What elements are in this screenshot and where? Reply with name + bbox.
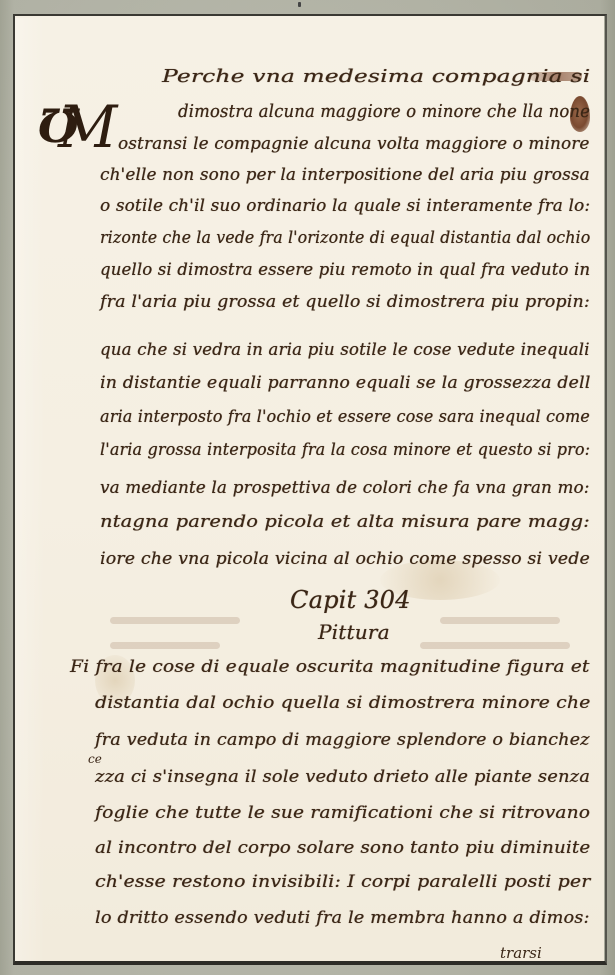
- text-line: foglie che tutte le sue ramificationi ch…: [95, 803, 590, 823]
- text-line: al incontro del corpo solare sono tanto …: [95, 838, 590, 858]
- text-line: Fi fra le cose di equale oscurita magnit…: [70, 657, 590, 677]
- text-line: rizonte che la vede fra l'orizonte di eq…: [100, 228, 590, 248]
- text-line: ch'elle non sono per la interpositione d…: [100, 165, 590, 185]
- superscript-correction: ce: [88, 752, 102, 766]
- text-line: fra veduta in campo di maggiore splendor…: [95, 730, 590, 750]
- text-line: va mediante la prospettiva de colori che…: [100, 478, 590, 498]
- ink-bleed-through: [110, 642, 220, 649]
- chapter-heading: Capit 304: [290, 586, 411, 614]
- binding-mark: [298, 2, 301, 7]
- ink-bleed-through: [420, 642, 570, 649]
- text-line: ntagna parendo picola et alta misura par…: [100, 512, 590, 532]
- text-line: qua che si vedra in aria piu sotile le c…: [100, 340, 590, 360]
- title-line: dimostra alcuna maggiore o minore che ll…: [178, 101, 590, 122]
- text-line: fra l'aria piu grossa et quello si dimos…: [100, 292, 590, 312]
- text-line: iore che vna picola vicina al ochio come…: [100, 549, 590, 569]
- text-line: lo dritto essendo veduti fra le membra h…: [95, 908, 590, 928]
- ink-bleed-through: [440, 617, 560, 624]
- title-line: Perche vna medesima compagnia si: [162, 66, 590, 87]
- drop-cap-letter: M: [58, 98, 117, 156]
- text-line: ostransi le compagnie alcuna volta maggi…: [118, 134, 590, 154]
- text-line: zza ci s'insegna il sole veduto drieto a…: [95, 767, 590, 787]
- text-line: distantia dal ochio quella si dimostrera…: [95, 693, 590, 713]
- text-line: l'aria grossa interposita fra la cosa mi…: [100, 440, 590, 460]
- text-line: ch'esse restono invisibili: I corpi para…: [95, 872, 590, 892]
- text-line: o sotile ch'il suo ordinario la quale si…: [100, 196, 590, 216]
- chapter-subheading: Pittura: [318, 620, 390, 644]
- ink-bleed-through: [110, 617, 240, 624]
- text-line: quello si dimostra essere piu remoto in …: [100, 260, 590, 280]
- text-line: aria interposto fra l'ochio et essere co…: [100, 407, 590, 427]
- catchword: trarsi: [500, 944, 542, 962]
- text-line: in distantie equali parranno equali se l…: [100, 373, 590, 393]
- page-edge-highlight: [15, 18, 45, 961]
